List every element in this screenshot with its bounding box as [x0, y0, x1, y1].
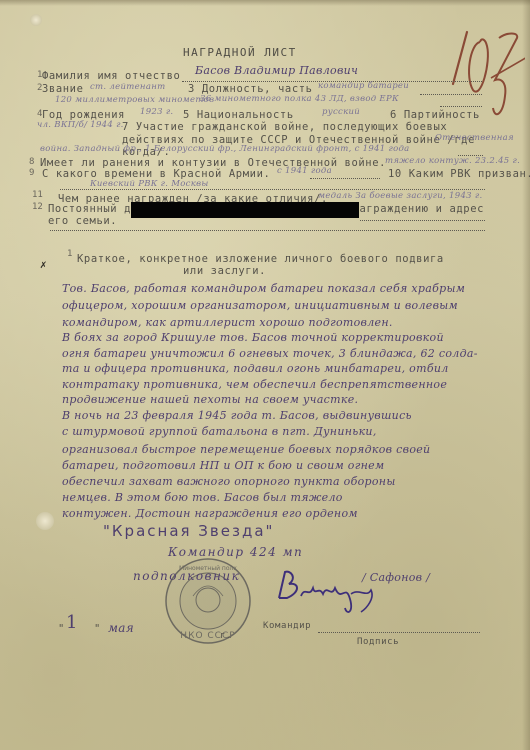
date-year-suffix: г. — [220, 630, 232, 642]
narrative-line: обеспечил захват важного опорного пункта… — [62, 475, 396, 488]
field-label-draft-office: 10 Каким РВК призван. — [388, 168, 530, 180]
field-value-birth-year: 1923 г. — [140, 106, 173, 119]
field-number: 9 — [29, 168, 34, 178]
section-heading-cont: или заслуги. — [183, 265, 266, 277]
field-number: 12 — [32, 202, 43, 212]
narrative-line: офицером, хорошим организатором, инициат… — [62, 299, 458, 312]
fill-line — [318, 632, 480, 633]
field-value-party: чл. ВКП/б/ 1944 г. — [37, 119, 124, 132]
document-title: НАГРАДНОЙ ЛИСТ — [183, 46, 297, 59]
date-month: мая — [108, 622, 134, 635]
fill-line — [420, 94, 482, 95]
signoff-commander: Командир 424 мп — [168, 546, 303, 559]
field-number: 8 — [29, 157, 34, 167]
narrative-line: командиром, как артиллерист хорошо подго… — [62, 316, 393, 329]
narrative-line: продвижение нашей пехоты на своем участк… — [62, 393, 358, 406]
narrative-line: организовал быстрое перемещение боевых п… — [62, 443, 430, 456]
field-value-army-since: с 1941 года — [277, 165, 332, 178]
section-heading: Краткое, конкретное изложение личного бо… — [77, 253, 444, 265]
narrative-line: В боях за город Кришуле тов. Басов точно… — [62, 331, 444, 344]
field-value-unit-2: 36 минометного полка 43 ЛД, взвод ЕРК — [200, 93, 399, 106]
field-value-name: Басов Владимир Павлович — [195, 64, 358, 77]
field-value-position: командир батареи — [318, 80, 409, 93]
fill-line — [440, 106, 482, 107]
footer-signature-label: Подпись — [357, 636, 399, 648]
field-label-nationality: 5 Национальность — [183, 109, 294, 121]
narrative-line: Тов. Басов, работая командиром батареи п… — [62, 282, 465, 295]
award-name: "Красная Звезда" — [103, 525, 274, 538]
narrative-line: с штурмовой группой батальона в пгт. Дун… — [62, 425, 377, 438]
narrative-line: та и офицера противника, подавил огонь м… — [62, 362, 449, 375]
signoff-name: / Сафонов / — [362, 571, 430, 584]
narrative-line: контужен. Достоин награждения его ордено… — [62, 507, 358, 520]
paper-speck — [30, 14, 42, 26]
narrative-line: огня батареи уничтожил 6 огневых точек, … — [62, 347, 478, 360]
section-number: 1 — [67, 249, 72, 259]
footer-commander-label: Командир — [263, 620, 311, 632]
field-value-nationality: русский — [322, 106, 360, 119]
signoff-rank: подполковник — [133, 570, 240, 583]
field-label-party: 6 Партийность — [390, 109, 480, 121]
field-value-wounds: тяжело контуж. 23.2.45 г. — [385, 155, 520, 168]
field-value-service-1: Отечественная — [435, 132, 514, 145]
redacted-address — [131, 202, 359, 218]
field-value-service-2: война. Западный фр., 1 Белорусский фр., … — [40, 143, 410, 156]
date-quote-close: " — [94, 623, 101, 635]
narrative-line: контратаку противника, чем обеспечил бес… — [62, 378, 447, 391]
fill-line — [310, 178, 380, 179]
narrative-line: В ночь на 23 февраля 1945 года т. Басов,… — [62, 409, 412, 422]
margin-mark: ✗ — [40, 258, 47, 271]
punch-hole — [36, 512, 54, 530]
date-quote-open: " — [58, 623, 65, 635]
narrative-line: немцев. В этом бою тов. Басов был тяжело — [62, 491, 343, 504]
fill-line — [360, 220, 485, 221]
field-value-unit-1: 120 миллиметровых минометов — [55, 94, 214, 107]
field-value-rank: ст. лейтенант — [90, 81, 165, 94]
fill-line — [50, 230, 485, 231]
narrative-line: батареи, подготовил НП и ОП к бою и свои… — [62, 459, 384, 472]
archive-number-mark — [425, 22, 525, 122]
award-sheet-scan: НАГРАДНОЙ ЛИСТ 1 Фамилия имя отчество Ба… — [0, 0, 530, 750]
date-day: 1 — [66, 616, 78, 629]
paper-edge-top — [0, 0, 530, 6]
field-number: 11 — [32, 190, 43, 200]
